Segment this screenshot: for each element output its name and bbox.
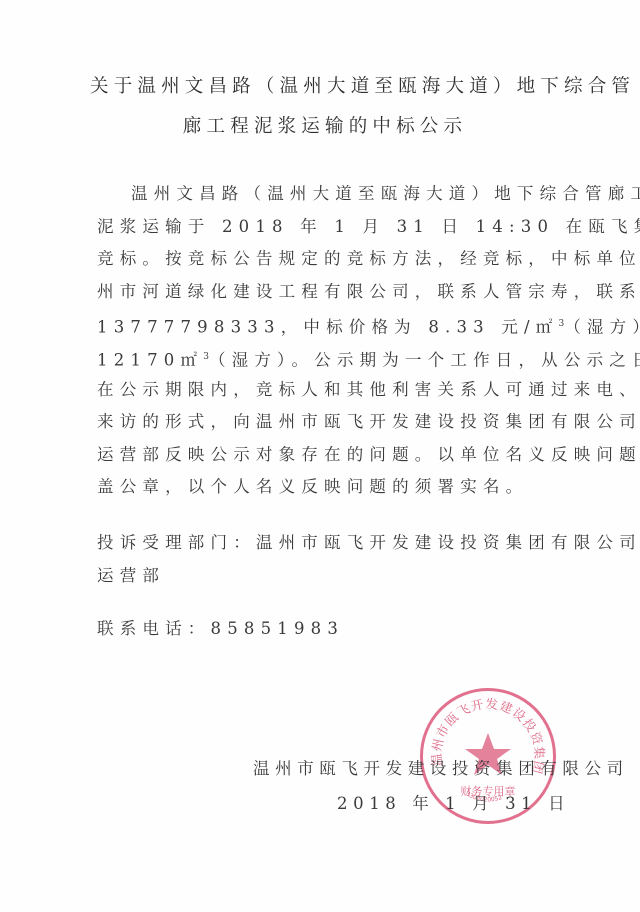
price-mid: ，中标价格为 8.33 元/㎡ <box>281 318 559 337</box>
quantity-suffix: （湿方）。公示期为一个工作日，从公示之日起计算。 <box>209 350 640 369</box>
paragraph-line-price: 13777798333，中标价格为 8.33 元/㎡3（湿方），泥浆工程量 <box>97 308 557 341</box>
paragraph-line: 州市河道绿化建设工程有限公司，联系人管宗寿，联系电话 <box>97 276 557 309</box>
paragraph-line: 来访的形式，向温州市瓯飞开发建设投资集团有限公司投资 <box>97 406 557 439</box>
complaint-department: 投诉受理部门：温州市瓯飞开发建设投资集团有限公司投资 运营部 <box>97 527 557 592</box>
document-title-line-1: 关于温州文昌路（温州大道至瓯海大道）地下综合管 <box>90 72 560 98</box>
signature-company: 温州市瓯飞开发建设投资集团有限公司 <box>253 755 629 779</box>
quantity-text: 12170㎡ <box>97 350 203 369</box>
price-text: 13777798333 <box>97 318 281 337</box>
paragraph-line: 盖公章，以个人名义反映问题的须署实名。 <box>97 471 557 504</box>
complaint-line: 投诉受理部门：温州市瓯飞开发建设投资集团有限公司投资 <box>97 527 557 560</box>
paragraph-line: 竞标。按竞标公告规定的竞标方法，经竞标，中标单位为温 <box>97 243 557 276</box>
contact-phone-line: 联系电话：85851983 <box>97 613 557 646</box>
paragraph-line: 温州文昌路（温州大道至瓯海大道）地下综合管廊工程 <box>97 178 557 211</box>
paragraph-line: 运营部反映公示对象存在的问题。以单位名义反映问题的加 <box>97 439 557 472</box>
paragraph-line: 在公示期限内，竞标人和其他利害关系人可通过来电、来函、 <box>97 374 557 407</box>
announcement-paragraph: 温州文昌路（温州大道至瓯海大道）地下综合管廊工程 泥浆运输于 2018 年 1 … <box>97 178 557 504</box>
document-page: 关于温州文昌路（温州大道至瓯海大道）地下综合管 廊工程泥浆运输的中标公示 温州文… <box>0 0 640 912</box>
paragraph-line-quantity: 12170㎡3（湿方）。公示期为一个工作日，从公示之日起计算。 <box>97 341 557 374</box>
price-suffix: （湿方），泥浆工程量 <box>564 318 640 337</box>
paragraph-line: 泥浆运输于 2018 年 1 月 31 日 14:30 在瓯飞集团竞标室召开 <box>97 211 557 244</box>
document-title-line-2: 廊工程泥浆运输的中标公示 <box>90 112 560 138</box>
complaint-line: 运营部 <box>97 560 557 593</box>
signature-date: 2018 年 1 月 31 日 <box>337 790 570 814</box>
contact-phone: 联系电话：85851983 <box>97 613 557 646</box>
